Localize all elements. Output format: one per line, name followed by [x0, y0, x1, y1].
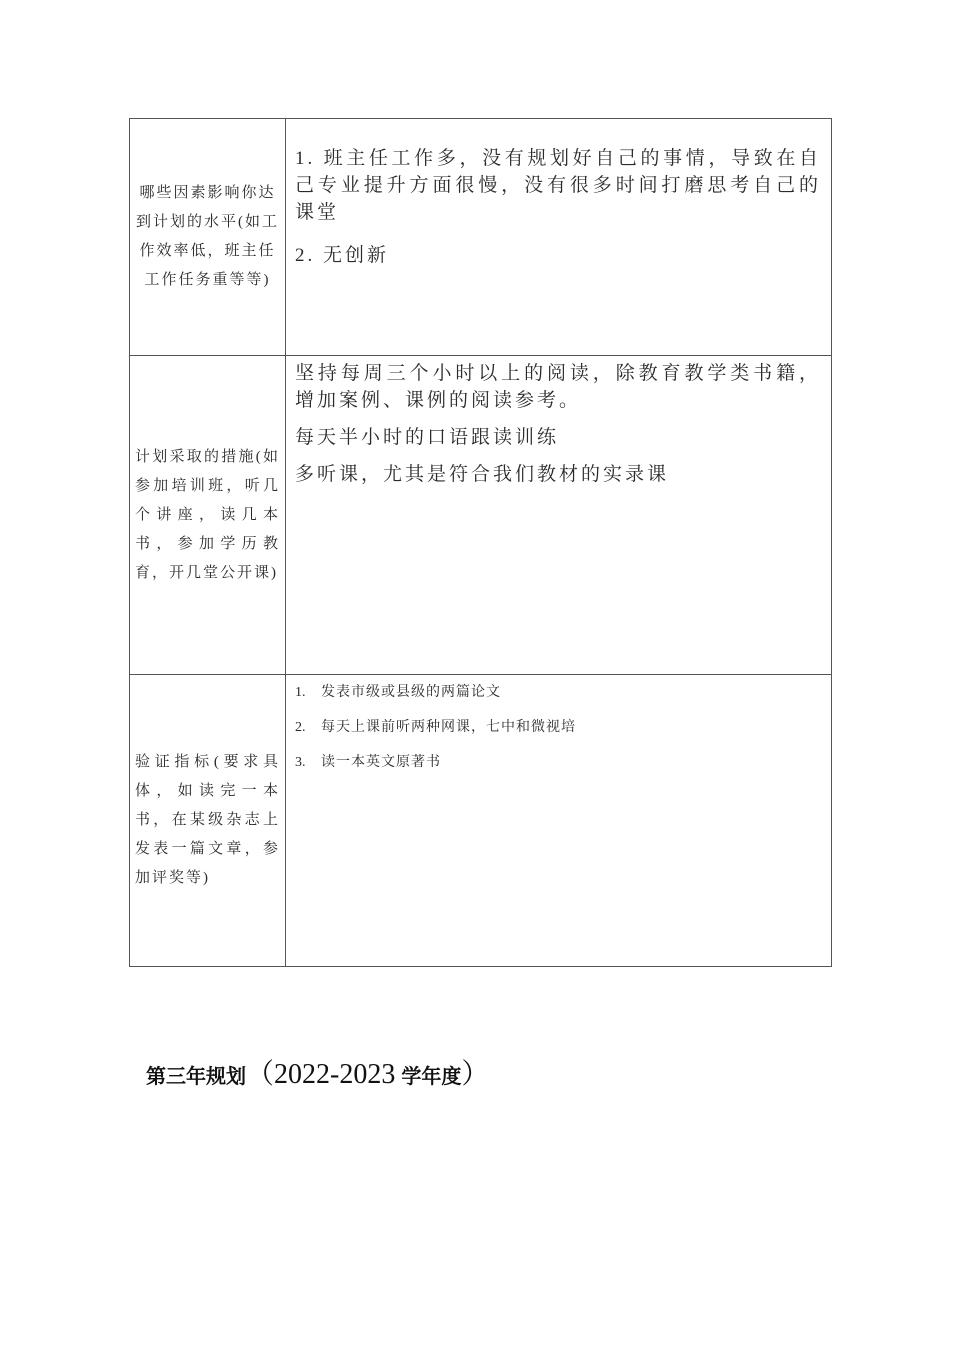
- list-item-number: 1.: [295, 683, 321, 703]
- measures-paragraph-2: 每天半小时的口语跟读训练: [295, 424, 821, 451]
- list-item-number: 3.: [295, 753, 321, 773]
- factors-paragraph-2: 2. 无创新: [295, 242, 821, 269]
- heading-title: 第三年规划: [146, 1066, 246, 1088]
- table-row-measures: 计划采取的措施(如参加培训班，听几个讲座，读几本书，参加学历教育，开几堂公开课)…: [130, 356, 832, 675]
- row-content-factors: 1. 班主任工作多，没有规划好自己的事情，导致在自己专业提升方面很慢，没有很多时…: [286, 119, 832, 356]
- row-content-measures: 坚持每周三个小时以上的阅读，除教育教学类书籍，增加案例、课例的阅读参考。 每天半…: [286, 356, 832, 675]
- measures-paragraph-1: 坚持每周三个小时以上的阅读，除教育教学类书籍，增加案例、课例的阅读参考。: [295, 360, 821, 414]
- third-year-plan-heading: 第三年规划（2022-2023学年度）: [146, 1052, 489, 1092]
- heading-paren-open: （: [246, 1059, 274, 1090]
- row-label-indicators: 验证指标(要求具体，如读完一本书，在某级杂志上发表一篇文章，参加评奖等): [130, 675, 286, 967]
- list-item: 1. 发表市级或县级的两篇论文: [295, 683, 821, 703]
- factors-paragraph-1: 1. 班主任工作多，没有规划好自己的事情，导致在自己专业提升方面很慢，没有很多时…: [295, 145, 821, 226]
- row-label-factors: 哪些因素影响你达到计划的水平(如工作效率低，班主任工作任务重等等): [130, 119, 286, 356]
- list-item-text: 每天上课前听两种网课，七中和微视培: [321, 718, 821, 738]
- list-item: 2. 每天上课前听两种网课，七中和微视培: [295, 718, 821, 738]
- heading-suffix: 学年度: [401, 1066, 461, 1088]
- plan-table: 哪些因素影响你达到计划的水平(如工作效率低，班主任工作任务重等等) 1. 班主任…: [129, 118, 832, 967]
- heading-years: 2022-2023: [274, 1059, 395, 1090]
- measures-paragraph-3: 多听课，尤其是符合我们教材的实录课: [295, 461, 821, 488]
- row-label-measures: 计划采取的措施(如参加培训班，听几个讲座，读几本书，参加学历教育，开几堂公开课): [130, 356, 286, 675]
- table-row-factors: 哪些因素影响你达到计划的水平(如工作效率低，班主任工作任务重等等) 1. 班主任…: [130, 119, 832, 356]
- indicator-list: 1. 发表市级或县级的两篇论文 2. 每天上课前听两种网课，七中和微视培 3. …: [295, 683, 821, 773]
- list-item-number: 2.: [295, 718, 321, 738]
- table-row-indicators: 验证指标(要求具体，如读完一本书，在某级杂志上发表一篇文章，参加评奖等) 1. …: [130, 675, 832, 967]
- document-page: 哪些因素影响你达到计划的水平(如工作效率低，班主任工作任务重等等) 1. 班主任…: [0, 0, 960, 1357]
- row-content-indicators: 1. 发表市级或县级的两篇论文 2. 每天上课前听两种网课，七中和微视培 3. …: [286, 675, 832, 967]
- list-item-text: 读一本英文原著书: [321, 753, 821, 773]
- heading-paren-close: ）: [461, 1059, 489, 1090]
- list-item-text: 发表市级或县级的两篇论文: [321, 683, 821, 703]
- list-item: 3. 读一本英文原著书: [295, 753, 821, 773]
